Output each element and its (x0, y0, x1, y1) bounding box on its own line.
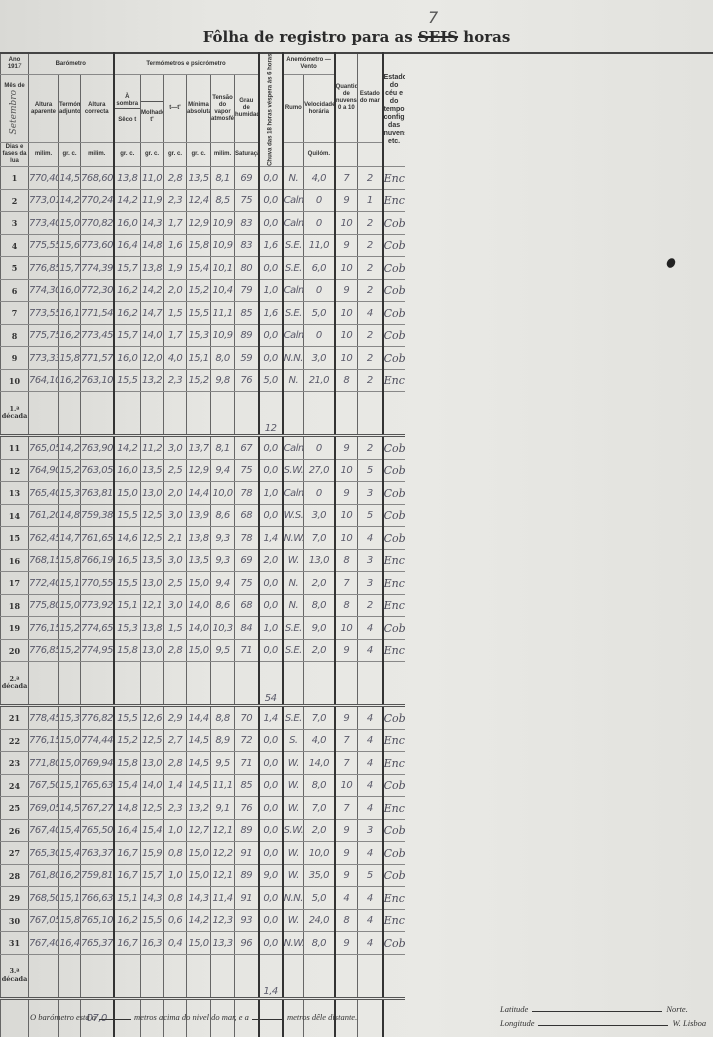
cell-term: 15,1 (59, 774, 81, 797)
cell-chuva: 0,0 (259, 797, 283, 820)
cell-alt-corr: 774,95 (81, 639, 114, 662)
day-number: 8 (1, 324, 29, 347)
cell-min: 12,7 (187, 819, 211, 842)
cell-seco: 15,3 (114, 617, 141, 640)
cell-term: 14,7 (59, 527, 81, 550)
cell-tensao: 8,0 (211, 347, 235, 370)
cell-chuva: 0,0 (259, 459, 283, 482)
cell-chuva: 2,0 (259, 549, 283, 572)
decade-label: 1.ª década (1, 392, 29, 436)
cell-min: 15,0 (187, 572, 211, 595)
cell-chuva: 0,0 (259, 887, 283, 910)
cell-rumo: N.W. (283, 932, 304, 955)
cell-hum: 91 (235, 842, 259, 865)
cell-hum: 96 (235, 932, 259, 955)
table-row: 5776,8515,7774,3915,713,81,915,410,1800,… (1, 257, 713, 280)
barometer-apparent-header: Altura aparente (29, 75, 59, 143)
cell-mar: 4 (358, 639, 383, 662)
cell-molh: 15,5 (141, 909, 164, 932)
unit-grc: gr. c. (114, 143, 141, 167)
day-number: 5 (1, 257, 29, 280)
sheet-title: Fôlha de registro para as SEIS horas 7 (0, 28, 713, 46)
cell-alt-ap (29, 954, 59, 998)
cell-rumo: S.W. (283, 819, 304, 842)
cell-diff: 4,0 (164, 347, 187, 370)
cell-term: 14,8 (59, 504, 81, 527)
cell-min (187, 954, 211, 998)
cell-seco: 16,0 (114, 459, 141, 482)
cell-diff: 1,9 (164, 257, 187, 280)
cell-mar: 2 (358, 324, 383, 347)
cell-tensao: 8,6 (211, 594, 235, 617)
table-row: 10764,1016,2763,1015,513,22,315,29,8765,… (1, 369, 713, 392)
cell-tensao: 10,0 (211, 482, 235, 505)
cell-nuvens: 7 (335, 572, 358, 595)
cell-diff: 1,4 (164, 774, 187, 797)
cell-alt-ap: 773,55 (29, 302, 59, 325)
cell-nuvens: 10 (335, 347, 358, 370)
sky-state: Encoberto (383, 887, 405, 910)
cell-chuva: 1,0 (259, 279, 283, 302)
cell-tensao: 13,3 (211, 932, 235, 955)
cell-diff: 2,3 (164, 369, 187, 392)
cell-seco: 15,5 (114, 504, 141, 527)
cell-mar: 5 (358, 864, 383, 887)
cell-alt-ap: 776,15 (29, 617, 59, 640)
table-row: 22776,1515,0774,4415,212,52,714,58,9720,… (1, 729, 713, 752)
sky-state: Encob.to-chuva (383, 369, 405, 392)
cell-alt-corr (81, 392, 114, 436)
cell-diff: 2,8 (164, 639, 187, 662)
cell-chuva: 1,0 (259, 617, 283, 640)
cell-alt-ap: 764,90 (29, 459, 59, 482)
cell-vel: 8,0 (304, 594, 335, 617)
cell-molh: 13,0 (141, 752, 164, 775)
cell-chuva: 12 (259, 392, 283, 436)
cell-mar: 2 (358, 347, 383, 370)
cell-diff: 1,0 (164, 864, 187, 887)
cell-molh (141, 954, 164, 998)
cell-mar: 5 (358, 504, 383, 527)
cell-nuvens: 10 (335, 257, 358, 280)
cell-seco: 15,0 (114, 482, 141, 505)
cell-molh: 14,0 (141, 774, 164, 797)
title-handwritten-hour: 7 (428, 8, 438, 27)
title-prefix: Fôlha de registro para as (203, 28, 413, 46)
cell-chuva: 0,0 (259, 932, 283, 955)
cell-min: 14,5 (187, 774, 211, 797)
day-number: 11 (1, 436, 29, 460)
cell-seco (114, 392, 141, 436)
cell-rumo: N. (283, 594, 304, 617)
cell-alt-ap: 768,50 (29, 887, 59, 910)
cell-molh: 13,0 (141, 572, 164, 595)
cell-rumo: N.N.W. (283, 347, 304, 370)
cell-nuvens: 8 (335, 909, 358, 932)
sky-state: Coberto (383, 482, 405, 505)
cell-chuva: 0,0 (259, 594, 283, 617)
cell-diff: 2,0 (164, 279, 187, 302)
cell-chuva: 0,0 (259, 842, 283, 865)
cell-vel: 13,0 (304, 549, 335, 572)
cell-alt-ap: 764,10 (29, 369, 59, 392)
sea-header: Estado do mar (358, 53, 383, 143)
cell-chuva: 1,6 (259, 302, 283, 325)
cell-rumo: W. (283, 752, 304, 775)
cell-rumo (283, 662, 304, 706)
day-number: 27 (1, 842, 29, 865)
cell-vel: 24,0 (304, 909, 335, 932)
unit-grc: gr. c. (164, 143, 187, 167)
table-row: 2773,0114,2770,2414,211,92,312,48,5750,0… (1, 189, 713, 212)
cell-term: 15,8 (59, 347, 81, 370)
cell-mar: 3 (358, 572, 383, 595)
sky-state: Coberto-chuvisco-nevoeiro (383, 324, 405, 347)
cell-molh: 13,2 (141, 369, 164, 392)
sky-state: Cob.to-nevoeiro (383, 932, 405, 955)
cell-tensao: 11,1 (211, 302, 235, 325)
cell-vel: 14,0 (304, 752, 335, 775)
cell-alt-ap: 767,05 (29, 909, 59, 932)
cell-alt-corr: 770,82 (81, 212, 114, 235)
cell-hum: 68 (235, 504, 259, 527)
humidity-header: Grau de humidade (235, 75, 259, 143)
day-number: 28 (1, 864, 29, 887)
table-row: 4775,5515,6773,6016,414,81,615,810,9831,… (1, 234, 713, 257)
cell-hum: 71 (235, 752, 259, 775)
cell-nuvens: 10 (335, 212, 358, 235)
cell-diff: 0,8 (164, 842, 187, 865)
cell-alt-corr: 771,57 (81, 347, 114, 370)
table-row: 14761,2014,8759,3815,512,53,013,98,6680,… (1, 504, 713, 527)
cell-nuvens: 8 (335, 549, 358, 572)
cell-alt-corr: 771,54 (81, 302, 114, 325)
cell-term: 14,2 (59, 436, 81, 460)
cell-tensao: 9,3 (211, 549, 235, 572)
sky-state: Coberto (383, 819, 405, 842)
cell-nuvens: 8 (335, 369, 358, 392)
longitude-line: LongitudeW. Lisboa (500, 1018, 706, 1028)
cell-hum: 79 (235, 279, 259, 302)
cell-seco: 14,2 (114, 436, 141, 460)
cell-rumo: Calma (283, 212, 304, 235)
cell-hum: 83 (235, 212, 259, 235)
cell-molh: 12,0 (141, 347, 164, 370)
cell-nuvens: 9 (335, 189, 358, 212)
cell-vel: 3,0 (304, 347, 335, 370)
month-header: Mês de Setembro (1, 75, 29, 143)
cell-rumo: W. (283, 549, 304, 572)
cell-vel: 0 (304, 324, 335, 347)
cell-tensao: 12,3 (211, 909, 235, 932)
cell-diff: 2,7 (164, 729, 187, 752)
sky-state: Coberto (383, 504, 405, 527)
cell-alt-corr: 769,94 (81, 752, 114, 775)
cell-diff: 3,0 (164, 594, 187, 617)
cell-min: 14,5 (187, 752, 211, 775)
table-row: 16768,1515,8766,1916,513,53,013,59,3692,… (1, 549, 713, 572)
cell-seco: 16,4 (114, 819, 141, 842)
cell-molh: 13,5 (141, 549, 164, 572)
cell-vel (304, 954, 335, 998)
cell-alt-ap: 775,80 (29, 594, 59, 617)
sky-state: Cob.to (383, 347, 405, 370)
cell-diff (164, 392, 187, 436)
cell-hum: 89 (235, 324, 259, 347)
cell-term: 15,8 (59, 909, 81, 932)
cell-molh: 12,5 (141, 797, 164, 820)
cell-chuva: 1,4 (259, 706, 283, 730)
cell-chuva: 1,6 (259, 234, 283, 257)
cell-nuvens: 9 (335, 639, 358, 662)
cell-min: 15,8 (187, 234, 211, 257)
barometer-group-header: Barómetro (29, 53, 114, 75)
cell-vel: 7,0 (304, 706, 335, 730)
cell-mar: 2 (358, 167, 383, 190)
cell-term: 16,2 (59, 324, 81, 347)
day-number: 31 (1, 932, 29, 955)
cell-alt-corr: 772,30 (81, 279, 114, 302)
cell-chuva: 0,0 (259, 819, 283, 842)
cell-term (59, 662, 81, 706)
cell-vel: 0 (304, 436, 335, 460)
cell-hum: 67 (235, 436, 259, 460)
cell-rumo: N. (283, 167, 304, 190)
wind-speed-header: Velocidade horária (304, 75, 335, 143)
barometer-elevation-note: O barómetro está ametros acima do nivel … (30, 1012, 357, 1022)
cell-nuvens: 10 (335, 324, 358, 347)
cell-rumo: S.E. (283, 639, 304, 662)
cell-vel: 0 (304, 279, 335, 302)
cell-term: 15,4 (59, 842, 81, 865)
cell-rumo: S.W. (283, 459, 304, 482)
cell-alt-ap: 776,85 (29, 639, 59, 662)
cell-diff: 1,5 (164, 617, 187, 640)
cell-vel: 3,0 (304, 504, 335, 527)
cell-min: 14,0 (187, 617, 211, 640)
cell-alt-ap: 765,05 (29, 436, 59, 460)
sky-state: Coberto nevoeiro (383, 774, 405, 797)
sky-state: Encoberto (383, 639, 405, 662)
cell-seco: 15,7 (114, 324, 141, 347)
cell-vel: 4,0 (304, 729, 335, 752)
cell-min: 14,2 (187, 909, 211, 932)
table-row: 23771,8015,0769,9415,813,02,814,59,5710,… (1, 752, 713, 775)
cell-rumo: W. (283, 842, 304, 865)
cell-nuvens: 9 (335, 864, 358, 887)
cell-min (187, 392, 211, 436)
cell-chuva: 0,0 (259, 347, 283, 370)
cell-mar: 4 (358, 617, 383, 640)
cell-seco: 14,8 (114, 797, 141, 820)
cell-chuva: 0,0 (259, 774, 283, 797)
cell-nuvens: 9 (335, 842, 358, 865)
unit-milim: milim. (211, 143, 235, 167)
cell-tensao: 10,9 (211, 212, 235, 235)
day-number: 2 (1, 189, 29, 212)
cell-tensao: 11,4 (211, 887, 235, 910)
cell-alt-corr: 763,90 (81, 436, 114, 460)
cell-min: 13,5 (187, 549, 211, 572)
day-number: 24 (1, 774, 29, 797)
table-row: 30767,0515,8765,1016,215,50,614,212,3930… (1, 909, 713, 932)
title-struck-hour: SEIS (418, 28, 458, 46)
cell-min: 15,1 (187, 347, 211, 370)
unit-blank (358, 143, 383, 167)
cell-seco: 13,8 (114, 167, 141, 190)
cell-seco: 14,2 (114, 189, 141, 212)
cell-seco: 15,8 (114, 639, 141, 662)
table-row: 19776,1515,2774,6515,313,81,514,010,3841… (1, 617, 713, 640)
cell-term: 16,0 (59, 279, 81, 302)
cell-chuva: 9,0 (259, 864, 283, 887)
cell-rumo: S.E. (283, 706, 304, 730)
cell-tensao (211, 954, 235, 998)
cell-mar (358, 954, 383, 998)
cell-mar (358, 662, 383, 706)
cell-mar: 4 (358, 909, 383, 932)
cell-min: 12,4 (187, 189, 211, 212)
cell-diff: 3,0 (164, 549, 187, 572)
cell-vel: 0 (304, 482, 335, 505)
cell-min: 14,5 (187, 729, 211, 752)
unit-milim: milim. (81, 143, 114, 167)
sky-state: Coberto (383, 436, 405, 460)
cell-mar: 2 (358, 234, 383, 257)
day-number: 1 (1, 167, 29, 190)
cell-hum: 69 (235, 549, 259, 572)
cell-hum: 89 (235, 819, 259, 842)
wind-direction-header: Rumo (283, 75, 304, 143)
cell-min: 15,0 (187, 864, 211, 887)
sky-state: Coberto (383, 212, 405, 235)
cell-mar: 4 (358, 527, 383, 550)
table-row: 15762,4514,7761,6514,612,52,113,89,3781,… (1, 527, 713, 550)
cell-rumo: W.S.W. (283, 504, 304, 527)
cell-min: 15,3 (187, 324, 211, 347)
cell-seco: 15,2 (114, 729, 141, 752)
day-number: 20 (1, 639, 29, 662)
cell-mar: 4 (358, 774, 383, 797)
cell-alt-corr: 766,19 (81, 549, 114, 572)
cell-vel: 21,0 (304, 369, 335, 392)
cell-rumo: Calma (283, 436, 304, 460)
cell-vel: 7,0 (304, 797, 335, 820)
cell-min: 13,5 (187, 167, 211, 190)
cell-diff: 1,7 (164, 324, 187, 347)
cell-tensao: 10,9 (211, 234, 235, 257)
cell-term (59, 954, 81, 998)
cell-molh: 13,0 (141, 639, 164, 662)
cell-diff: 2,5 (164, 572, 187, 595)
cell-vel: 10,0 (304, 842, 335, 865)
cell-alt-ap: 774,30 (29, 279, 59, 302)
cell-min (187, 662, 211, 706)
unit-km: Quilóm. (304, 143, 335, 167)
day-number: 21 (1, 706, 29, 730)
cell-alt-corr: 773,60 (81, 234, 114, 257)
cell-nuvens (335, 954, 358, 998)
cell-rumo: S.E. (283, 302, 304, 325)
cell-molh: 12,5 (141, 504, 164, 527)
table-row: 7773,5516,1771,5416,214,71,515,511,1851,… (1, 302, 713, 325)
sky-state (383, 392, 405, 436)
cell-vel: 35,0 (304, 864, 335, 887)
cell-vel: 6,0 (304, 257, 335, 280)
cell-term: 16,4 (59, 932, 81, 955)
cell-molh: 15,4 (141, 819, 164, 842)
cell-diff: 2,8 (164, 167, 187, 190)
cell-chuva: 0,0 (259, 729, 283, 752)
cell-term: 14,2 (59, 189, 81, 212)
cell-alt-ap (29, 662, 59, 706)
table-row: 20776,8515,2774,9515,813,02,815,09,5710,… (1, 639, 713, 662)
cell-alt-ap: 773,40 (29, 212, 59, 235)
cell-rumo: W. (283, 909, 304, 932)
cell-nuvens: 7 (335, 752, 358, 775)
cell-molh: 13,8 (141, 617, 164, 640)
cell-chuva: 0,0 (259, 189, 283, 212)
cell-molh: 12,5 (141, 729, 164, 752)
cell-hum: 71 (235, 639, 259, 662)
cell-diff: 0,8 (164, 887, 187, 910)
cell-seco: 15,5 (114, 572, 141, 595)
cell-rumo: W. (283, 797, 304, 820)
sky-state: Coberto chuva-nevoeiro (383, 527, 405, 550)
cell-nuvens: 9 (335, 436, 358, 460)
cell-seco: 16,5 (114, 549, 141, 572)
cell-nuvens: 9 (335, 932, 358, 955)
cell-rumo: N.N.W. (283, 887, 304, 910)
cell-alt-corr: 759,38 (81, 504, 114, 527)
cell-alt-corr: 774,65 (81, 617, 114, 640)
table-row: 26767,4015,4765,5016,415,41,012,712,1890… (1, 819, 713, 842)
cell-min: 13,7 (187, 436, 211, 460)
cell-alt-corr: 761,65 (81, 527, 114, 550)
cell-alt-ap: 775,55 (29, 234, 59, 257)
cell-tensao: 9,8 (211, 369, 235, 392)
cell-diff: 1,5 (164, 302, 187, 325)
cell-molh: 14,7 (141, 302, 164, 325)
cell-tensao: 12,1 (211, 819, 235, 842)
table-row: 13765,4015,3763,8115,013,02,014,410,0781… (1, 482, 713, 505)
day-number: 6 (1, 279, 29, 302)
cell-molh: 15,9 (141, 842, 164, 865)
table-row: 25769,0514,5767,2714,812,52,313,29,1760,… (1, 797, 713, 820)
sky-state (383, 954, 405, 998)
cell-alt-ap: 765,30 (29, 842, 59, 865)
cell-vel: 8,0 (304, 932, 335, 955)
cell-hum: 89 (235, 864, 259, 887)
cell-hum: 75 (235, 189, 259, 212)
cell-diff (164, 954, 187, 998)
cell-hum: 59 (235, 347, 259, 370)
sky-state: Coberto (383, 459, 405, 482)
cell-rumo: N.W. (283, 527, 304, 550)
cell-chuva: 1,4 (259, 954, 283, 998)
cell-alt-ap: 769,05 (29, 797, 59, 820)
cell-min: 14,0 (187, 594, 211, 617)
register-body: 1770,4014,5768,6013,811,02,813,58,1690,0… (1, 167, 713, 1037)
cell-seco: 16,4 (114, 234, 141, 257)
cell-seco: 15,8 (114, 752, 141, 775)
cell-mar: 4 (358, 729, 383, 752)
table-row: 6774,3016,0772,3016,214,22,015,210,4791,… (1, 279, 713, 302)
day-number: 30 (1, 909, 29, 932)
cell-mar: 2 (358, 594, 383, 617)
cell-term: 15,0 (59, 752, 81, 775)
cell-term: 16,2 (59, 864, 81, 887)
